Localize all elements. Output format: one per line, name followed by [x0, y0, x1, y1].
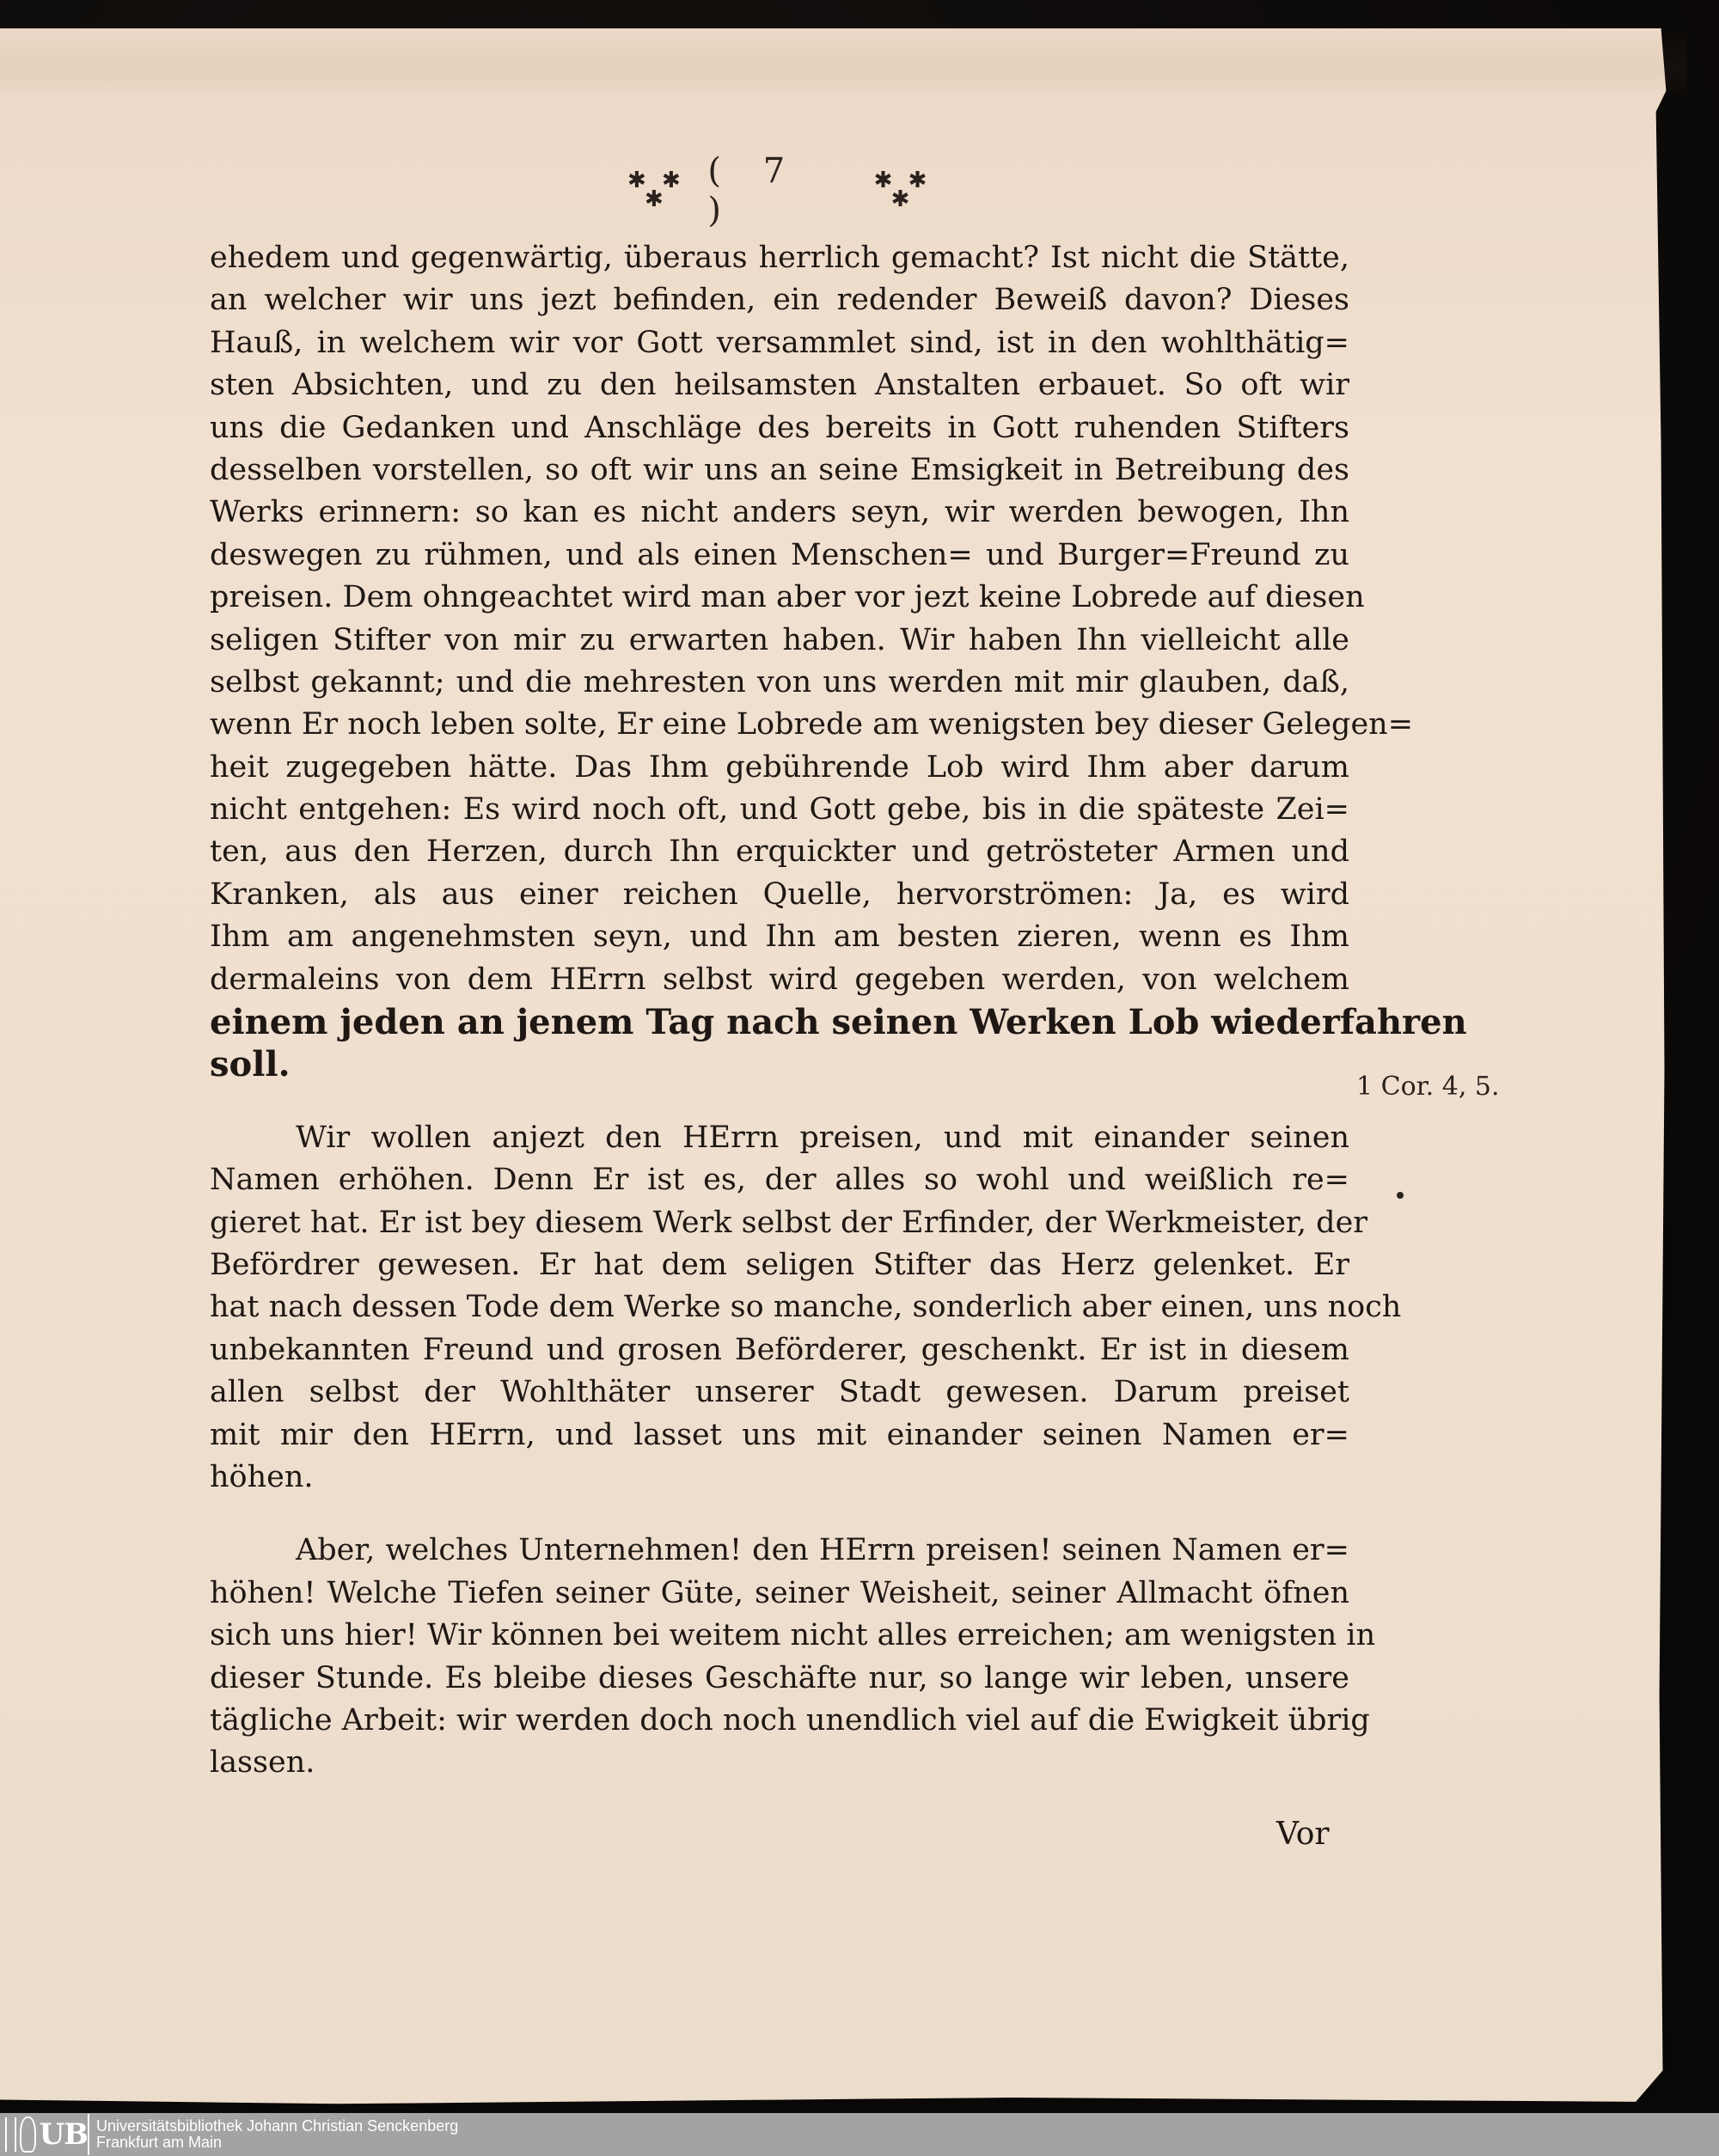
page-header: ✱ ✱ ✱ ( 7 ) ✱ ✱ ✱	[627, 165, 920, 217]
star-icon: ✱	[891, 188, 910, 211]
paragraph-spacer	[210, 1086, 1349, 1117]
text-line: Wir wollen anjezt den HErrn preisen, und…	[210, 1117, 1349, 1159]
text-line: Werks erinnern: so kan es nicht anders s…	[210, 492, 1349, 534]
paragraph-2: Wir wollen anjezt den HErrn preisen, und…	[210, 1117, 1349, 1499]
text-line: Aber, welches Unternehmen! den HErrn pre…	[210, 1530, 1349, 1572]
library-footer-bar: UB Universitätsbibliothek Johann Christi…	[0, 2113, 1719, 2156]
asterism-ornament-left: ✱ ✱ ✱	[627, 169, 673, 212]
portrait-icon	[20, 2116, 36, 2153]
text-line: höhen! Welche Tiefen seiner Güte, seiner…	[210, 1573, 1349, 1615]
text-line: hat nach dessen Tode dem Werke so manche…	[210, 1286, 1349, 1328]
text-line: Namen erhöhen. Denn Er ist es, der alles…	[210, 1159, 1349, 1201]
text-line: Hauß, in welchem wir vor Gott versammlet…	[210, 322, 1349, 364]
logo-text: UB	[40, 2117, 88, 2152]
text-line: tägliche Arbeit: wir werden doch noch un…	[210, 1700, 1349, 1742]
star-icon: ✱	[662, 169, 681, 192]
text-line: sich uns hier! Wir können bei weitem nic…	[210, 1615, 1349, 1657]
paragraph-spacer	[210, 1499, 1349, 1530]
text-line: lassen.	[210, 1742, 1349, 1784]
text-line: sten Absichten, und zu den heilsamsten A…	[210, 364, 1349, 406]
star-icon: ✱	[645, 188, 664, 211]
library-name-line1: Universitätsbibliothek Johann Christian …	[96, 2118, 458, 2135]
text-line: mit mir den HErrn, und lasset uns mit ei…	[210, 1414, 1349, 1457]
text-line: Kranken, als aus einer reichen Quelle, h…	[210, 874, 1349, 916]
paragraph-3: Aber, welches Unternehmen! den HErrn pre…	[210, 1530, 1349, 1784]
text-line: selbst gekannt; und die mehresten von un…	[210, 662, 1349, 704]
text-line: unbekannten Freund und grosen Beförderer…	[210, 1329, 1349, 1371]
text-line: gieret hat. Er ist bey diesem Werk selbs…	[210, 1202, 1349, 1244]
ink-spot	[1397, 1192, 1404, 1199]
page-number: ( 7 )	[707, 151, 839, 230]
text-line: deswegen zu rühmen, und als einen Mensch…	[210, 534, 1349, 577]
text-line: ten, aus den Herzen, durch Ihn erquickte…	[210, 831, 1349, 873]
text-line: Ihm am angenehmsten seyn, und Ihn am bes…	[210, 916, 1349, 958]
paragraph-1: ehedem und gegenwärtig, überaus herrlich…	[210, 237, 1349, 1086]
text-line: uns die Gedanken und Anschläge des berei…	[210, 407, 1349, 449]
text-line: desselben vorstellen, so oft wir uns an …	[210, 449, 1349, 492]
logo-columns-icon	[5, 2117, 16, 2152]
asterism-ornament-right: ✱ ✱ ✱	[874, 169, 920, 212]
star-icon: ✱	[627, 169, 646, 192]
catchword: Vor	[1276, 1817, 1330, 1852]
text-line: dermaleins von dem HErrn selbst wird geg…	[210, 959, 1349, 1001]
library-logo: UB	[2, 2114, 89, 2155]
text-line-emphasis: soll.	[210, 1043, 1349, 1085]
text-line: allen selbst der Wohlthäter unserer Stad…	[210, 1371, 1349, 1414]
page-fold-shadow	[0, 28, 1686, 97]
text-line: an welcher wir uns jezt befinden, ein re…	[210, 279, 1349, 321]
library-name: Universitätsbibliothek Johann Christian …	[96, 2118, 458, 2151]
body-text: ehedem und gegenwärtig, überaus herrlich…	[210, 237, 1349, 1785]
star-icon: ✱	[908, 169, 927, 192]
text-line: Befördrer gewesen. Er hat dem seligen St…	[210, 1244, 1349, 1286]
text-line: preisen. Dem ohngeachtet wird man aber v…	[210, 577, 1349, 619]
text-line: nicht entgehen: Es wird noch oft, und Go…	[210, 789, 1349, 831]
text-line: seligen Stifter von mir zu erwarten habe…	[210, 620, 1349, 662]
marginal-bible-reference: 1 Cor. 4, 5.	[1356, 1072, 1500, 1102]
library-name-line2: Frankfurt am Main	[96, 2135, 458, 2151]
text-line: dieser Stunde. Es bleibe dieses Geschäft…	[210, 1658, 1349, 1700]
star-icon: ✱	[874, 169, 893, 192]
text-line: höhen.	[210, 1457, 1349, 1499]
text-line: ehedem und gegenwärtig, überaus herrlich…	[210, 237, 1349, 279]
text-line-emphasis: einem jeden an jenem Tag nach seinen Wer…	[210, 1001, 1349, 1043]
text-line: wenn Er noch leben solte, Er eine Lobred…	[210, 704, 1349, 746]
text-line: heit zugegeben hätte. Das Ihm gebührende…	[210, 747, 1349, 789]
